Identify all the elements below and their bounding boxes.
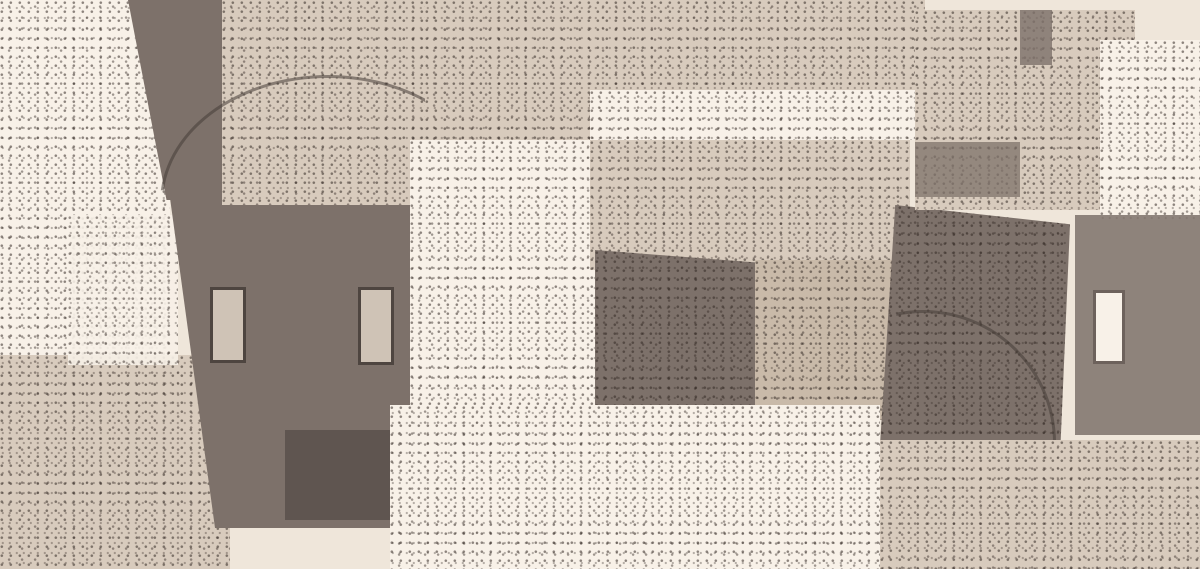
left-lower-paper: [0, 355, 230, 569]
far-right-window: [1093, 290, 1125, 364]
bottom-right-paper: [880, 440, 1200, 569]
dark-doorway: [285, 430, 395, 520]
far-right-white: [1100, 40, 1200, 220]
center-white-strip: [590, 90, 930, 140]
window-left: [210, 287, 246, 363]
bottom-white-paper: [390, 405, 880, 569]
window-right: [358, 287, 394, 365]
center-right-block: [590, 140, 910, 270]
right-mid-window: [915, 142, 1020, 197]
center-tan-block: [755, 260, 895, 420]
left-small-square: [68, 215, 178, 365]
center-dark-square: [595, 250, 760, 410]
right-top-window: [1020, 10, 1052, 65]
center-left-square: [410, 140, 600, 410]
collage-artwork: [0, 0, 1200, 569]
